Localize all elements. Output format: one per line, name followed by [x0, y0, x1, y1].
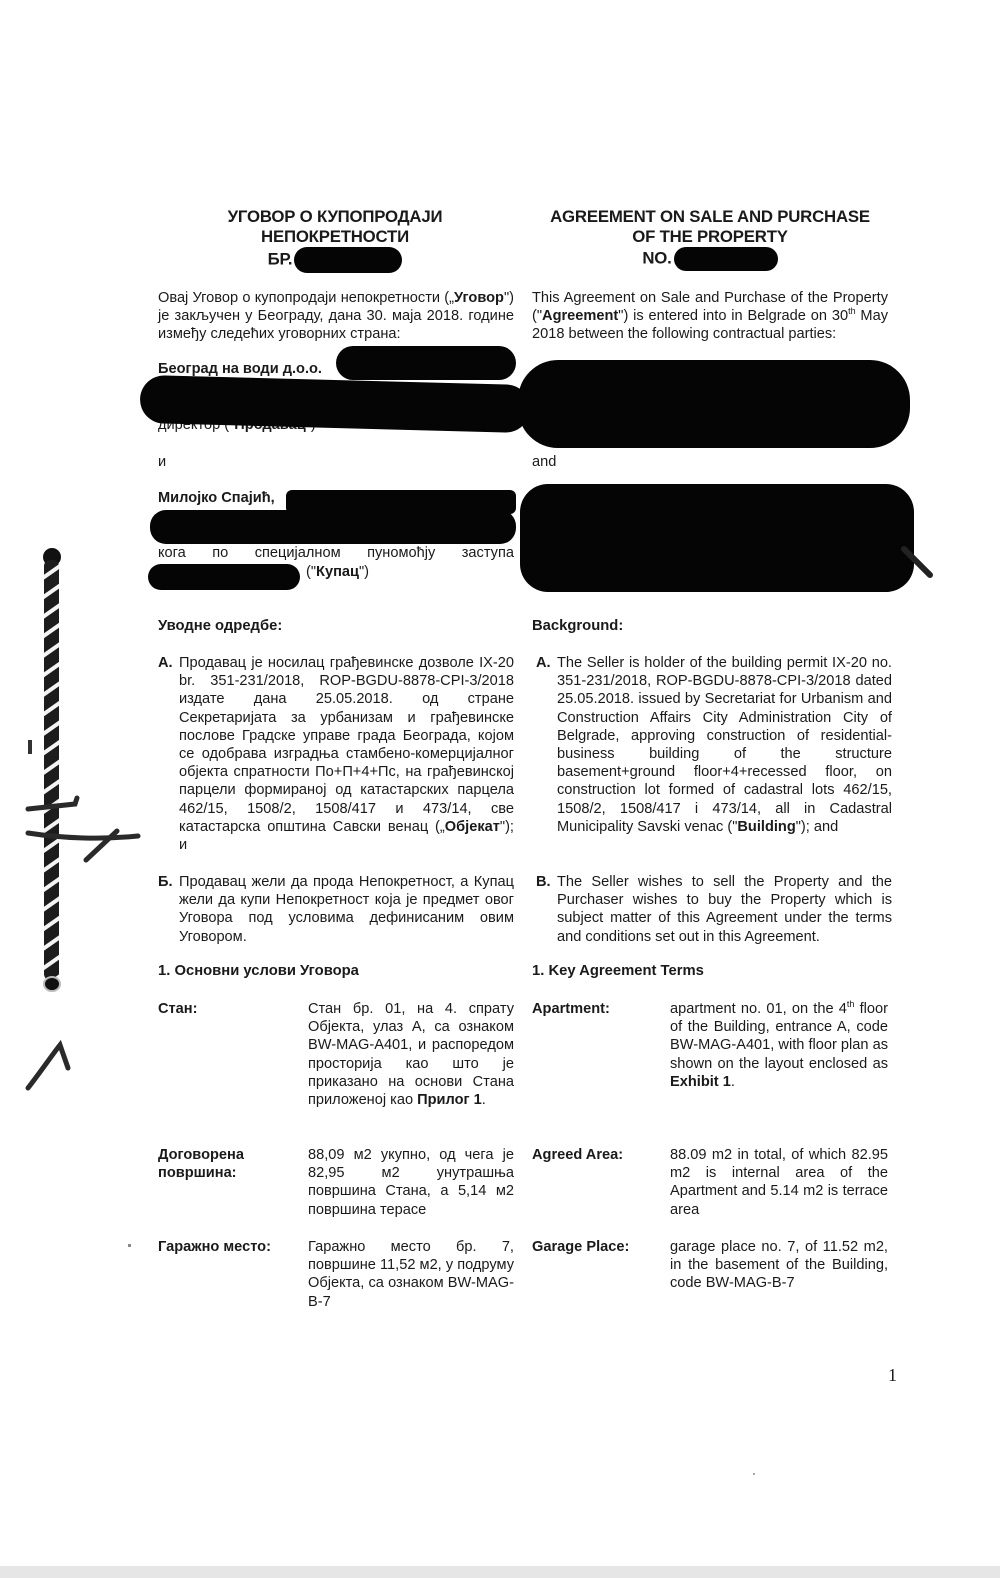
section-1-heading-en: 1. Key Agreement Terms	[532, 963, 704, 979]
redaction-mark	[336, 346, 516, 380]
term-label-apartment-sr: Стан:	[158, 1000, 197, 1018]
redaction-mark	[518, 360, 910, 448]
recital-text: Продавац је носилац грађевинске дозволе …	[179, 655, 514, 835]
bottom-edge	[0, 1566, 1000, 1578]
title-english: AGREEMENT ON SALE AND PURCHASE OF THE PR…	[530, 207, 890, 271]
title-serbian: УГОВОР О КУПОПРОДАЈИ НЕПОКРЕТНОСТИ БР.	[160, 207, 510, 273]
intro-en-text-mid: ") is entered into in Belgrade on 30	[618, 308, 848, 324]
recital-letter: Б.	[158, 873, 173, 891]
recital-a-en: A. The Seller is holder of the building …	[536, 654, 892, 836]
conjunction-en: and	[532, 454, 556, 470]
redaction-mark	[294, 247, 402, 273]
term-value-garage-sr: Гаражно место бр. 7, површине 11,52 м2, …	[308, 1238, 514, 1311]
term-label-apartment-en: Apartment:	[532, 1000, 610, 1018]
redaction-mark	[148, 564, 300, 590]
term-value-apartment-en: apartment no. 01, on the 4th floor of th…	[670, 1000, 888, 1091]
binding-cord-icon	[44, 560, 59, 980]
term-text: apartment no. 01, on the 4	[670, 1001, 847, 1017]
term-text-end: .	[482, 1092, 486, 1108]
intro-paragraph-sr: Овај Уговор о купопродаји непокретности …	[158, 289, 514, 344]
term-value-garage-en: garage place no. 7, of 11.52 m2, in the …	[670, 1238, 888, 1293]
term-label-area-sr: Договорена површина:	[158, 1146, 278, 1182]
pen-stroke	[900, 545, 940, 585]
recital-b-sr: Б. Продавац жели да прода Непокретност, …	[158, 873, 514, 946]
page-number: 1	[888, 1365, 897, 1386]
number-label-en: NO.	[642, 248, 671, 267]
buyer-role-post: ")	[359, 564, 369, 580]
term-exhibit-ref: Прилог 1	[417, 1092, 482, 1108]
redaction-mark	[150, 510, 516, 544]
term-value-area-sr: 88,09 м2 укупно, од чега је 82,95 м2 уну…	[308, 1146, 514, 1219]
intro-sr-text: Овај Уговор о купопродаји непокретности …	[158, 290, 454, 306]
section-1-heading-sr: 1. Основни услови Уговора	[158, 963, 359, 979]
buyer-representative-sr: кога по специјалном пуномоћју заступа	[158, 545, 514, 561]
recital-letter: А.	[158, 654, 173, 672]
intro-en-defined-term: Agreement	[542, 308, 618, 324]
term-label-area-en: Agreed Area:	[532, 1146, 623, 1164]
seller-name-sr: Београд на води д.о.о.	[158, 361, 322, 377]
buyer-defined-term: Купац	[316, 564, 359, 580]
redaction-mark	[520, 484, 914, 592]
redaction-mark	[674, 247, 778, 271]
title-en-line-2: OF THE PROPERTY	[530, 227, 890, 247]
intro-sr-defined-term: Уговор	[454, 290, 504, 306]
title-sr-line-2: НЕПОКРЕТНОСТИ	[160, 227, 510, 247]
intro-paragraph-en: This Agreement on Sale and Purchase of t…	[532, 289, 888, 344]
buyer-role-pre: ("	[306, 564, 316, 580]
title-en-line-3: NO.	[530, 247, 890, 271]
recital-text: The Seller wishes to sell the Property a…	[557, 874, 892, 945]
recital-text-end: "); and	[796, 819, 839, 835]
term-exhibit-ref: Exhibit 1	[670, 1074, 731, 1090]
recital-text: Продавац жели да прода Непокретност, а К…	[179, 874, 514, 945]
number-label-sr: БР.	[268, 249, 293, 268]
title-sr-line-1: УГОВОР О КУПОПРОДАЈИ	[160, 207, 510, 227]
buyer-name-sr: Милојко Спајић,	[158, 490, 275, 506]
title-sr-line-3: БР.	[160, 247, 510, 273]
background-heading-en: Background:	[532, 618, 623, 634]
recital-letter: B.	[536, 873, 551, 891]
recital-defined-term: Објекат	[445, 819, 500, 835]
term-label-garage-en: Garage Place:	[532, 1238, 629, 1256]
cord-knot-top	[43, 548, 61, 566]
title-en-line-1: AGREEMENT ON SALE AND PURCHASE	[530, 207, 890, 227]
recital-a-sr: А. Продавац је носилац грађевинске дозво…	[158, 654, 514, 854]
recital-b-en: B. The Seller wishes to sell the Propert…	[536, 873, 892, 946]
conjunction-sr: и	[158, 454, 166, 470]
binding-cord-and-pen-marks	[0, 0, 160, 1578]
redaction-mark	[139, 375, 530, 433]
background-heading-sr: Уводне одредбе:	[158, 618, 282, 634]
term-label-garage-sr: Гаражно место:	[158, 1238, 271, 1256]
recital-defined-term: Building	[737, 819, 795, 835]
recital-text: The Seller is holder of the building per…	[557, 655, 892, 835]
term-text-end: .	[731, 1074, 735, 1090]
ordinal-suffix: th	[848, 306, 856, 316]
buyer-role-sr: ("Купац")	[306, 564, 369, 580]
speck	[753, 1473, 755, 1475]
recital-letter: A.	[536, 654, 551, 672]
term-value-area-en: 88.09 m2 in total, of which 82.95 m2 is …	[670, 1146, 888, 1219]
term-value-apartment-sr: Стан бр. 01, на 4. спрату Објекта, улаз …	[308, 1000, 514, 1109]
